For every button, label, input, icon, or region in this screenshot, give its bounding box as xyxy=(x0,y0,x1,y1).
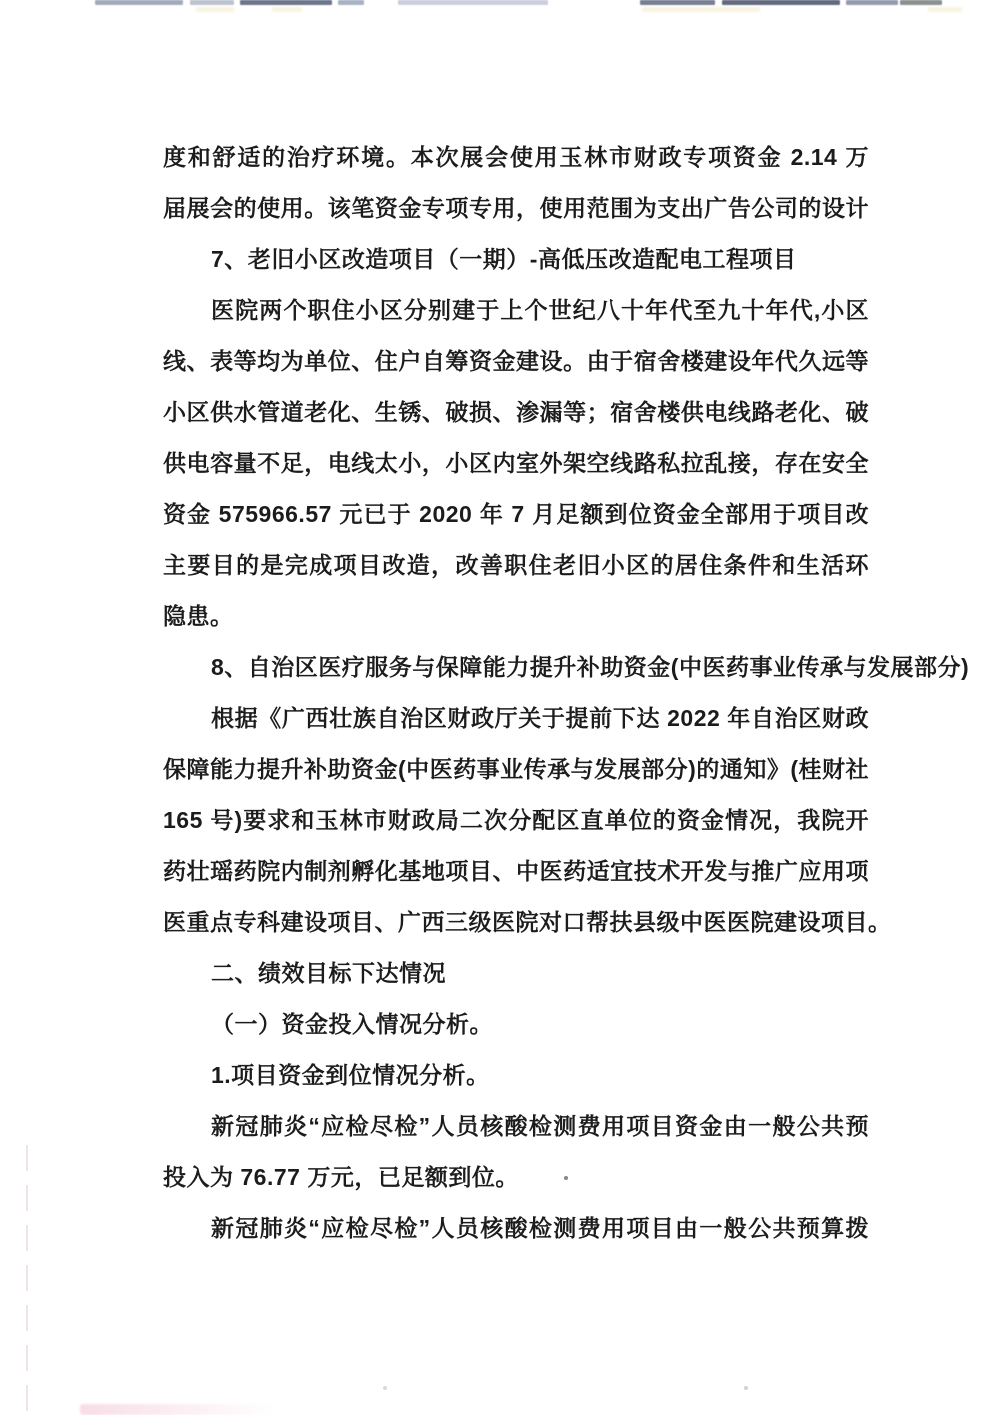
text-line: 药壮瑶药院内制剂孵化基地项目、中医药适宜技术开发与推广应用项目、广西中 xyxy=(163,846,869,897)
scan-edge-line xyxy=(26,1145,28,1415)
scan-artifact-top xyxy=(190,0,234,5)
text-line: 资金 575966.57 元已于 2020 年 7 月足额到位资金全部用于项目改… xyxy=(163,489,869,540)
scan-ghost xyxy=(928,7,962,12)
text-line: 根据《广西壮族自治区财政厅关于提前下达 2022 年自治区财政医疗服务与 xyxy=(163,693,869,744)
text-line: 线、表等均为单位、住户自筹资金建设。由于宿舍楼建设年代久远等多方面原因， xyxy=(163,336,869,387)
text-line: 保障能力提升补助资金(中医药事业传承与发展部分)的通知》(桂财社〔2021〕 xyxy=(163,744,869,795)
list-item-heading-8: 8、自治区医疗服务与保障能力提升补助资金(中医药事业传承与发展部分) xyxy=(163,642,869,693)
ink-speck xyxy=(383,1386,387,1390)
scan-artifact-top xyxy=(722,0,840,5)
scan-ghost xyxy=(196,7,234,12)
scan-artifact-top xyxy=(95,0,183,5)
scan-artifact-top xyxy=(338,0,364,5)
scan-ghost xyxy=(642,7,760,12)
scan-artifact-top xyxy=(398,0,548,5)
text-line: 隐患。 xyxy=(163,591,869,642)
text-line: 供电容量不足，电线太小，小区内室外架空线路私拉乱接，存在安全隐患。补助 xyxy=(163,438,869,489)
section-heading-2: 二、绩效目标下达情况 xyxy=(163,948,869,999)
scanned-document-page: 度和舒适的治疗环境。本次展会使用玉林市财政专项资金 2.14 万元，仅用于本 届… xyxy=(0,0,1000,1415)
text-line: 小区供水管道老化、生锈、破损、渗漏等；宿舍楼供电线路老化、破损、漏电， xyxy=(163,387,869,438)
ink-speck xyxy=(564,1176,568,1180)
ink-speck xyxy=(744,1386,748,1390)
text-line: 医院两个职住小区分别建于上个世纪八十年代至九十年代,小区水、电管、 xyxy=(163,285,869,336)
text-line: 新冠肺炎“应检尽检”人员核酸检测费用项目由一般公共预算拨款，总投入 xyxy=(163,1203,869,1254)
scan-artifact-top xyxy=(240,0,332,5)
document-body: 度和舒适的治疗环境。本次展会使用玉林市财政专项资金 2.14 万元，仅用于本 届… xyxy=(163,132,869,1254)
scan-artifact-top xyxy=(900,0,942,5)
scan-ghost xyxy=(272,7,302,12)
text-line: 主要目的是完成项目改造，改善职住老旧小区的居住条件和生活环境，消除安全 xyxy=(163,540,869,591)
subsection-heading-1: （一）资金投入情况分析。 xyxy=(163,999,869,1050)
text-line: 医重点专科建设项目、广西三级医院对口帮扶县级中医医院建设项目。 xyxy=(163,897,869,948)
list-item-heading-7: 7、老旧小区改造项目（一期）-高低压改造配电工程项目 xyxy=(163,234,869,285)
text-line: 投入为 76.77 万元，已足额到位。 xyxy=(163,1152,869,1203)
text-line: 届展会的使用。该笔资金专项专用，使用范围为支出广告公司的设计费和布展费。 xyxy=(163,183,869,234)
scan-artifact-top xyxy=(640,0,715,5)
subsection-heading-1-1: 1.项目资金到位情况分析。 xyxy=(163,1050,869,1101)
text-line: 新冠肺炎“应检尽检”人员核酸检测费用项目资金由一般公共预算拨款，总 xyxy=(163,1101,869,1152)
scan-artifact-bottom xyxy=(80,1404,275,1415)
text-line: 度和舒适的治疗环境。本次展会使用玉林市财政专项资金 2.14 万元，仅用于本 xyxy=(163,132,869,183)
text-line: 165 号)要求和玉林市财政局二次分配区直单位的资金情况，我院开展了广西中 xyxy=(163,795,869,846)
scan-artifact-top xyxy=(846,0,898,5)
